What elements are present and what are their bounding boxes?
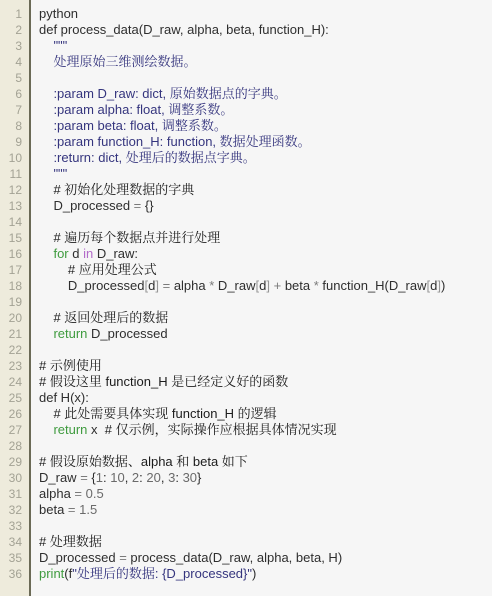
line-number: 33 — [0, 518, 33, 534]
code-token: # 返回处理后的数据 — [39, 310, 168, 325]
code-text: print(f"处理后的数据: {D_processed}") — [33, 566, 492, 582]
line-number: 2 — [0, 22, 33, 38]
line-number: 1 — [0, 6, 33, 22]
code-text: D_processed[d] = alpha * D_raw[d] + beta… — [33, 278, 492, 294]
code-text: :param alpha: float, 调整系数。 — [33, 102, 492, 118]
code-text: D_processed = {} — [33, 198, 492, 214]
code-token: 1.5 — [79, 502, 97, 517]
line-number: 23 — [0, 358, 33, 374]
code-token: """ — [39, 38, 67, 53]
code-token: D_processed — [39, 198, 134, 213]
code-token: beta — [39, 502, 68, 517]
code-token: 处理原始三维测绘数据。 — [39, 54, 196, 69]
code-token: print — [39, 566, 64, 581]
code-text: 处理原始三维测绘数据。 — [33, 54, 492, 70]
line-number: 17 — [0, 262, 33, 278]
code-line: 26 # 此处需要具体实现 function_H 的逻辑 — [0, 406, 492, 422]
code-line: 34# 处理数据 — [0, 534, 492, 550]
code-text: # 示例使用 — [33, 358, 492, 374]
code-line: 21 return D_processed — [0, 326, 492, 342]
line-number: 30 — [0, 470, 33, 486]
code-token: :param function_H: function, 数据处理函数。 — [39, 134, 311, 149]
code-token — [39, 422, 53, 437]
code-text: D_processed = process_data(D_raw, alpha,… — [33, 550, 492, 566]
code-token: :return: dict, 处理后的数据点字典。 — [39, 150, 256, 165]
code-token: 0.5 — [86, 486, 104, 501]
code-line: 31alpha = 0.5 — [0, 486, 492, 502]
line-number: 11 — [0, 166, 33, 182]
line-number: 9 — [0, 134, 33, 150]
code-text: :param beta: float, 调整系数。 — [33, 118, 492, 134]
code-token: : — [175, 470, 182, 485]
code-text: """ — [33, 38, 492, 54]
code-line: 23# 示例使用 — [0, 358, 492, 374]
code-token: "处理后的数据: {D_processed}" — [72, 566, 252, 581]
code-line: 15 # 遍历每个数据点并进行处理 — [0, 230, 492, 246]
code-line: 33 — [0, 518, 492, 534]
code-token: = — [68, 502, 76, 517]
code-line: 18 D_processed[d] = alpha * D_raw[d] + b… — [0, 278, 492, 294]
code-line: 10 :return: dict, 处理后的数据点字典。 — [0, 150, 492, 166]
code-token: in — [83, 246, 93, 261]
code-token: = — [74, 486, 82, 501]
line-number: 27 — [0, 422, 33, 438]
code-text: # 遍历每个数据点并进行处理 — [33, 230, 492, 246]
code-token: , — [125, 470, 132, 485]
code-token: # 假设原始数据、alpha 和 beta 如下 — [39, 454, 248, 469]
code-token: return — [53, 326, 87, 341]
code-token: # 此处需要具体实现 function_H 的逻辑 — [39, 406, 277, 421]
code-token: D_raw — [214, 278, 255, 293]
code-text: # 此处需要具体实现 function_H 的逻辑 — [33, 406, 492, 422]
code-token: function_H(D_raw — [319, 278, 427, 293]
code-line: 8 :param beta: float, 调整系数。 — [0, 118, 492, 134]
line-number: 31 — [0, 486, 33, 502]
code-token: d — [69, 246, 83, 261]
code-line: 2def process_data(D_raw, alpha, beta, fu… — [0, 22, 492, 38]
code-text: # 假设原始数据、alpha 和 beta 如下 — [33, 454, 492, 470]
code-text: python — [33, 6, 492, 22]
line-number: 35 — [0, 550, 33, 566]
code-token: x — [87, 422, 104, 437]
code-token: # 处理数据 — [39, 534, 102, 549]
code-token: # 仅示例，实际操作应根据具体情况实现 — [105, 422, 337, 437]
code-line: 36print(f"处理后的数据: {D_processed}") — [0, 566, 492, 582]
code-token: process_data(D_raw, alpha, beta, H) — [127, 550, 342, 565]
line-number: 4 — [0, 54, 33, 70]
code-line: 22 — [0, 342, 492, 358]
code-token: # 示例使用 — [39, 358, 102, 373]
code-text: return D_processed — [33, 326, 492, 342]
line-number: 21 — [0, 326, 33, 342]
code-line: 32beta = 1.5 — [0, 502, 492, 518]
code-token — [39, 246, 53, 261]
code-text: :return: dict, 处理后的数据点字典。 — [33, 150, 492, 166]
code-text: # 初始化处理数据的字典 — [33, 182, 492, 198]
line-number: 7 — [0, 102, 33, 118]
code-token: # 应用处理公式 — [39, 262, 157, 277]
code-token: # 遍历每个数据点并进行处理 — [39, 230, 220, 245]
code-text: def H(x): — [33, 390, 492, 406]
line-number: 20 — [0, 310, 33, 326]
code-line: 6 :param D_raw: dict, 原始数据点的字典。 — [0, 86, 492, 102]
code-text: for d in D_raw: — [33, 246, 492, 262]
code-text: # 应用处理公式 — [33, 262, 492, 278]
code-token: """ — [39, 166, 67, 181]
line-number: 8 — [0, 118, 33, 134]
code-token: = — [119, 550, 127, 565]
code-token: 20 — [146, 470, 160, 485]
code-line: 30D_raw = {1: 10, 2: 20, 3: 30} — [0, 470, 492, 486]
code-token: :param D_raw: dict, 原始数据点的字典。 — [39, 86, 287, 101]
code-text — [33, 518, 492, 534]
code-line: 17 # 应用处理公式 — [0, 262, 492, 278]
code-token: } — [197, 470, 201, 485]
code-line: 24# 假设这里 function_H 是已经定义好的函数 — [0, 374, 492, 390]
code-line: 16 for d in D_raw: — [0, 246, 492, 262]
line-number: 32 — [0, 502, 33, 518]
code-token: # 初始化处理数据的字典 — [39, 182, 194, 197]
code-token: , — [161, 470, 168, 485]
code-text: # 返回处理后的数据 — [33, 310, 492, 326]
code-token: # 假设这里 function_H 是已经定义好的函数 — [39, 374, 288, 389]
line-number: 19 — [0, 294, 33, 310]
code-text — [33, 342, 492, 358]
line-number: 13 — [0, 198, 33, 214]
code-token: 10 — [110, 470, 124, 485]
code-line: 1python — [0, 6, 492, 22]
code-text: beta = 1.5 — [33, 502, 492, 518]
line-number: 26 — [0, 406, 33, 422]
code-token: = — [80, 470, 88, 485]
code-line: 14 — [0, 214, 492, 230]
code-token: for — [53, 246, 68, 261]
code-line: 5 — [0, 70, 492, 86]
code-text: return x # 仅示例，实际操作应根据具体情况实现 — [33, 422, 492, 438]
code-token: :param alpha: float, 调整系数。 — [39, 102, 233, 117]
code-token: alpha — [39, 486, 74, 501]
code-line: 11 """ — [0, 166, 492, 182]
code-line: 13 D_processed = {} — [0, 198, 492, 214]
line-number: 15 — [0, 230, 33, 246]
code-token: D_processed — [39, 278, 145, 293]
code-text — [33, 294, 492, 310]
code-line: 25def H(x): — [0, 390, 492, 406]
code-line: 28 — [0, 438, 492, 454]
code-token: ) — [252, 566, 256, 581]
code-line: 9 :param function_H: function, 数据处理函数。 — [0, 134, 492, 150]
code-line: 35D_processed = process_data(D_raw, alph… — [0, 550, 492, 566]
code-line: 12 # 初始化处理数据的字典 — [0, 182, 492, 198]
line-number: 34 — [0, 534, 33, 550]
code-text: D_raw = {1: 10, 2: 20, 3: 30} — [33, 470, 492, 486]
code-token: D_raw — [39, 470, 80, 485]
code-token: alpha — [170, 278, 209, 293]
code-token: beta — [281, 278, 314, 293]
code-token: {} — [141, 198, 153, 213]
line-number: 12 — [0, 182, 33, 198]
code-line: 29# 假设原始数据、alpha 和 beta 如下 — [0, 454, 492, 470]
code-text: :param function_H: function, 数据处理函数。 — [33, 134, 492, 150]
line-number: 28 — [0, 438, 33, 454]
code-token: D_processed — [39, 550, 119, 565]
code-editor: 1python2def process_data(D_raw, alpha, b… — [0, 0, 492, 596]
line-number: 5 — [0, 70, 33, 86]
code-token — [39, 326, 53, 341]
code-token: def H(x): — [39, 390, 89, 405]
code-lines: 1python2def process_data(D_raw, alpha, b… — [0, 0, 492, 582]
code-text: # 假设这里 function_H 是已经定义好的函数 — [33, 374, 492, 390]
code-token: 30 — [183, 470, 197, 485]
code-token: D_processed — [87, 326, 167, 341]
line-number: 18 — [0, 278, 33, 294]
line-number: 10 — [0, 150, 33, 166]
code-text — [33, 70, 492, 86]
line-number: 24 — [0, 374, 33, 390]
code-token: { — [88, 470, 96, 485]
code-line: 7 :param alpha: float, 调整系数。 — [0, 102, 492, 118]
code-line: 3 """ — [0, 38, 492, 54]
code-line: 20 # 返回处理后的数据 — [0, 310, 492, 326]
code-text: # 处理数据 — [33, 534, 492, 550]
line-number: 36 — [0, 566, 33, 582]
code-token: :param beta: float, 调整系数。 — [39, 118, 227, 133]
code-line: 4 处理原始三维测绘数据。 — [0, 54, 492, 70]
code-token: ) — [441, 278, 445, 293]
code-text: def process_data(D_raw, alpha, beta, fun… — [33, 22, 492, 38]
code-text: alpha = 0.5 — [33, 486, 492, 502]
code-text: :param D_raw: dict, 原始数据点的字典。 — [33, 86, 492, 102]
code-token: 1 — [96, 470, 103, 485]
code-line: 19 — [0, 294, 492, 310]
line-number: 16 — [0, 246, 33, 262]
code-token: return — [53, 422, 87, 437]
code-token: def process_data(D_raw, alpha, beta, fun… — [39, 22, 329, 37]
code-text: """ — [33, 166, 492, 182]
code-text — [33, 214, 492, 230]
code-token: D_raw: — [93, 246, 138, 261]
line-number: 29 — [0, 454, 33, 470]
line-number: 3 — [0, 38, 33, 54]
code-line: 27 return x # 仅示例，实际操作应根据具体情况实现 — [0, 422, 492, 438]
line-number: 6 — [0, 86, 33, 102]
code-text — [33, 438, 492, 454]
line-number: 14 — [0, 214, 33, 230]
line-number: 22 — [0, 342, 33, 358]
line-number: 25 — [0, 390, 33, 406]
code-token: python — [39, 6, 78, 21]
